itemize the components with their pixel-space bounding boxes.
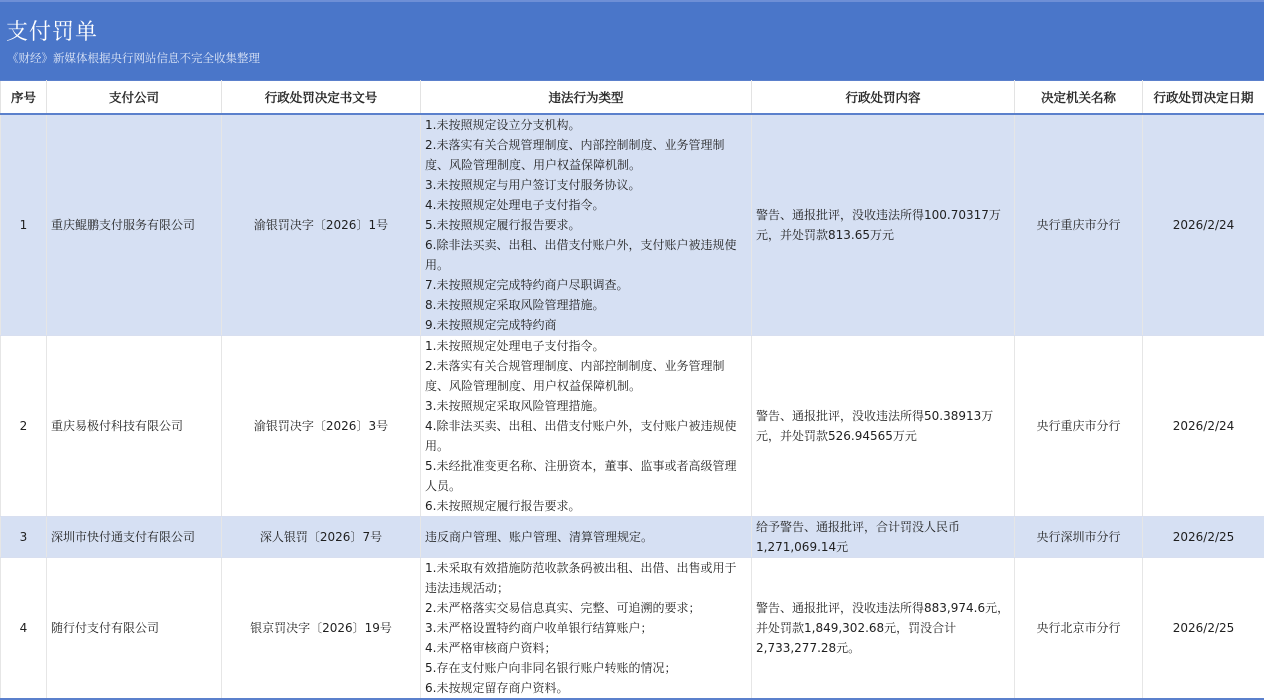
cell-doc-no: 银京罚决字〔2026〕19号: [222, 557, 421, 693]
violation-item: 5.未按照规定履行报告要求。: [425, 215, 747, 235]
violation-item: 5.未经批准变更名称、注册资本，董事、监事或者高级管理人员。: [425, 456, 747, 496]
table-row: 4 随行付支付有限公司 银京罚决字〔2026〕19号 1.未采取有效措施防范收款…: [1, 557, 1264, 693]
violation-item: 5.存在支付账户向非同名银行账户转账的情况；: [425, 658, 747, 678]
cell-doc-no: 渝银罚决字〔2026〕3号: [222, 335, 421, 516]
cell-authority: 央行重庆市分行: [1015, 335, 1143, 516]
violation-item: 1.未采取有效措施防范收款条码被出租、出借、出售或用于违法违规活动；: [425, 558, 747, 598]
column-header-violations: 违法行为类型: [421, 81, 752, 114]
cell-penalty: 警告、通报批评，没收违法所得883,974.6元，并处罚款1,849,302.6…: [752, 557, 1015, 693]
table-row: 1 重庆鲲鹏支付服务有限公司 渝银罚决字〔2026〕1号 1.未按照规定设立分支…: [1, 114, 1264, 336]
violation-item: 1.未按照规定设立分支机构。: [425, 115, 747, 135]
cell-authority: 央行深圳市分行: [1015, 516, 1143, 557]
violation-item: 4.未严格审核商户资料；: [425, 638, 747, 658]
cell-no: 3: [1, 516, 47, 557]
page-title: 支付罚单: [6, 20, 98, 46]
column-header-no: 序号: [1, 81, 47, 114]
penalty-table: 序号 支付公司 行政处罚决定书文号 违法行为类型 行政处罚内容 决定机关名称 行…: [0, 80, 1264, 693]
cell-authority: 央行重庆市分行: [1015, 114, 1143, 336]
cell-no: 1: [1, 114, 47, 336]
cell-authority: 央行北京市分行: [1015, 557, 1143, 693]
page-subtitle: 《财经》新媒体根据央行网站信息不完全收集整理: [7, 51, 260, 65]
cell-violations: 违反商户管理、账户管理、清算管理规定。: [421, 516, 752, 557]
violation-item: 6.未按照规定履行报告要求。: [425, 496, 747, 516]
violation-item: 1.未按照规定处理电子支付指令。: [425, 336, 747, 356]
cell-company: 重庆易极付科技有限公司: [47, 335, 222, 516]
violation-item: 2.未严格落实交易信息真实、完整、可追溯的要求；: [425, 598, 747, 618]
cell-doc-no: 深人银罚〔2026〕7号: [222, 516, 421, 557]
violation-item: 7.未按照规定完成特约商户尽职调查。: [425, 275, 747, 295]
violation-item: 8.未按照规定采取风险管理措施。: [425, 295, 747, 315]
cell-date: 2026/2/24: [1143, 114, 1264, 336]
violation-item: 3.未按照规定采取风险管理措施。: [425, 396, 747, 416]
violation-item: 2.未落实有关合规管理制度、内部控制制度、业务管理制度、风险管理制度、用户权益保…: [425, 135, 747, 175]
cell-no: 2: [1, 335, 47, 516]
violation-item: 9.未按照规定完成特约商: [425, 315, 747, 335]
cell-company: 重庆鲲鹏支付服务有限公司: [47, 114, 222, 336]
column-header-doc-no: 行政处罚决定书文号: [222, 81, 421, 114]
violation-item: 4.未按照规定处理电子支付指令。: [425, 195, 747, 215]
cell-date: 2026/2/24: [1143, 335, 1264, 516]
cell-violations: 1.未采取有效措施防范收款条码被出租、出借、出售或用于违法违规活动； 2.未严格…: [421, 557, 752, 693]
cell-company: 深圳市快付通支付有限公司: [47, 516, 222, 557]
column-header-date: 行政处罚决定日期: [1143, 81, 1264, 114]
violation-item: 违反商户管理、账户管理、清算管理规定。: [425, 527, 747, 547]
cell-penalty: 警告、通报批评，没收违法所得50.38913万元，并处罚款526.94565万元: [752, 335, 1015, 516]
cell-violations: 1.未按照规定设立分支机构。 2.未落实有关合规管理制度、内部控制制度、业务管理…: [421, 114, 752, 336]
cell-company: 随行付支付有限公司: [47, 557, 222, 693]
violation-item: 3.未严格设置特约商户收单银行结算账户；: [425, 618, 747, 638]
cell-penalty: 给予警告、通报批评，合计罚没人民币1,271,069.14元: [752, 516, 1015, 557]
column-header-penalty: 行政处罚内容: [752, 81, 1015, 114]
cell-no: 4: [1, 557, 47, 693]
cell-doc-no: 渝银罚决字〔2026〕1号: [222, 114, 421, 336]
column-header-authority: 决定机关名称: [1015, 81, 1143, 114]
cell-violations: 1.未按照规定处理电子支付指令。 2.未落实有关合规管理制度、内部控制制度、业务…: [421, 335, 752, 516]
cell-date: 2026/2/25: [1143, 516, 1264, 557]
violation-item: 4.除非法买卖、出租、出借支付账户外，支付账户被违规使用。: [425, 416, 747, 456]
violation-item: 6.除非法买卖、出租、出借支付账户外，支付账户被违规使用。: [425, 235, 747, 275]
violation-item: 3.未按照规定与用户签订支付服务协议。: [425, 175, 747, 195]
cell-penalty: 警告、通报批评，没收违法所得100.70317万元，并处罚款813.65万元: [752, 114, 1015, 336]
table-row: 2 重庆易极付科技有限公司 渝银罚决字〔2026〕3号 1.未按照规定处理电子支…: [1, 335, 1264, 516]
column-header-company: 支付公司: [47, 81, 222, 114]
violation-item: 6.未按规定留存商户资料。: [425, 678, 747, 694]
table-row: 3 深圳市快付通支付有限公司 深人银罚〔2026〕7号 违反商户管理、账户管理、…: [1, 516, 1264, 557]
violation-item: 2.未落实有关合规管理制度、内部控制制度、业务管理制度、风险管理制度、用户权益保…: [425, 356, 747, 396]
table-header-row: 序号 支付公司 行政处罚决定书文号 违法行为类型 行政处罚内容 决定机关名称 行…: [1, 81, 1264, 114]
title-banner: 支付罚单 《财经》新媒体根据央行网站信息不完全收集整理: [0, 0, 1264, 80]
cell-date: 2026/2/25: [1143, 557, 1264, 693]
